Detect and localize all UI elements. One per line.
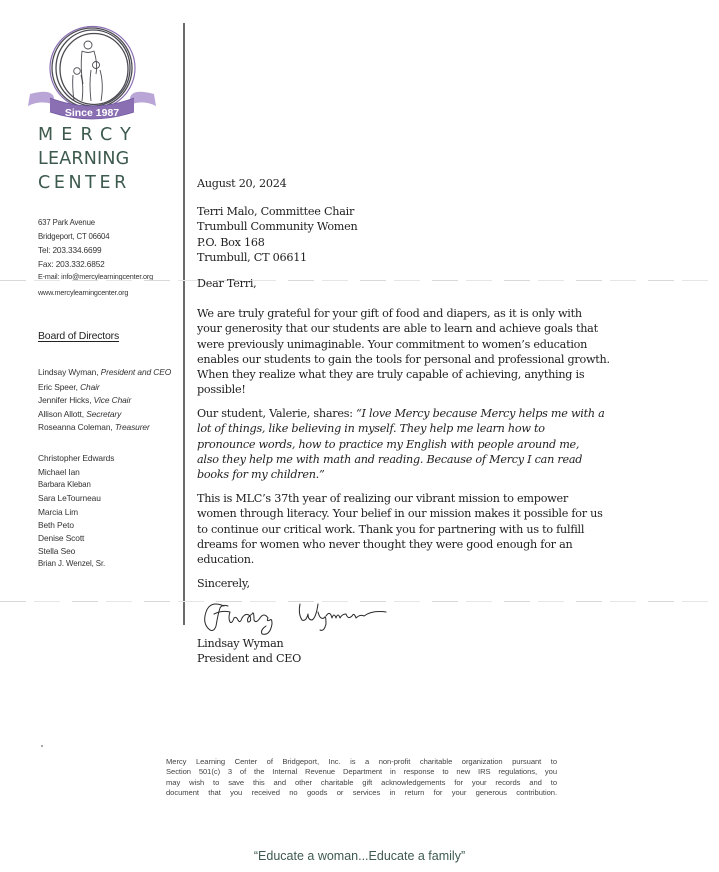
text-line: women through literacy. Your belief in o… xyxy=(197,506,667,521)
recipient-line: P.O. Box 168 xyxy=(197,235,667,250)
recipient-line: Trumbull Community Women xyxy=(197,219,667,234)
text-line: were previously unimaginable. Your commi… xyxy=(197,337,667,352)
address-street: 637 Park Avenue xyxy=(38,218,95,227)
text-line: This is MLC’s 37th year of realizing our… xyxy=(197,491,667,506)
org-name-line-3: CENTER xyxy=(38,175,130,193)
text-line: may wish to save this and other charitab… xyxy=(166,778,557,788)
letterhead-divider xyxy=(183,23,185,625)
phone-number: Tel: 203.334.6699 xyxy=(38,245,101,255)
salutation: Dear Terri, xyxy=(197,277,256,290)
text-line: Mercy Learning Center of Bridgeport, Inc… xyxy=(166,757,557,767)
mercy-learning-center-logo-icon: Since 1987 xyxy=(22,24,172,124)
address-city: Bridgeport, CT 06604 xyxy=(38,232,109,241)
board-member: Brian J. Wenzel, Sr. xyxy=(38,559,105,568)
board-member: Beth Peto xyxy=(38,520,74,530)
text-line: to continue our critical work. Thank you… xyxy=(197,522,667,537)
text-line: Our student, Valerie, shares: “I love Me… xyxy=(197,406,667,421)
recipient-line: Terri Malo, Committee Chair xyxy=(197,204,667,219)
board-officer: Lindsay Wyman, President and CEO xyxy=(38,367,171,377)
signer-title: President and CEO xyxy=(197,652,301,665)
board-officer: Jennifer Hicks, Vice Chair xyxy=(38,395,131,405)
text-line: also they help me with math and reading.… xyxy=(197,452,667,467)
board-member: Denise Scott xyxy=(38,533,84,543)
text-line: pronounce words, how to practice my Engl… xyxy=(197,437,667,452)
text-line: education. xyxy=(197,552,667,567)
org-name-line-2: LEARNING xyxy=(38,151,129,169)
text-line: We are truly grateful for your gift of f… xyxy=(197,306,667,321)
text-line: dreams for women who never thought they … xyxy=(197,537,667,552)
org-name-line-1: MERCY xyxy=(38,127,139,145)
text-line: books for my children.” xyxy=(197,467,667,482)
board-member: Marcia Lim xyxy=(38,507,78,517)
text-line: When they realize what they are truly ca… xyxy=(197,367,667,382)
text-line: Section 501(c) 3 of the Internal Revenue… xyxy=(166,767,557,777)
fax-number: Fax: 203.332.6852 xyxy=(38,259,105,269)
board-member: Sara LeTourneau xyxy=(38,493,101,503)
paragraph-student-quote: Our student, Valerie, shares: “I love Me… xyxy=(197,406,667,482)
board-member: Michael Ian xyxy=(38,467,80,477)
tax-deduction-note: Mercy Learning Center of Bridgeport, Inc… xyxy=(166,757,557,799)
letter-date: August 20, 2024 xyxy=(197,177,287,190)
paragraph-gratitude: We are truly grateful for your gift of f… xyxy=(197,306,667,398)
recipient-address: Terri Malo, Committee Chair Trumbull Com… xyxy=(197,204,667,265)
closing: Sincerely, xyxy=(197,577,250,590)
text-line: enables our students to gain the tools f… xyxy=(197,352,667,367)
text-line: lot of things, like believing in myself.… xyxy=(197,421,667,436)
tagline: “Educate a woman...Educate a family” xyxy=(0,849,719,863)
board-heading: Board of Directors xyxy=(38,330,119,342)
website-link[interactable]: www.mercylearningcenter.org xyxy=(38,288,128,297)
recipient-line: Trumbull, CT 06611 xyxy=(197,250,667,265)
text-line: document that you received no goods or s… xyxy=(166,788,557,798)
paragraph-mission: This is MLC’s 37th year of realizing our… xyxy=(197,491,667,567)
signer-name: Lindsay Wyman xyxy=(197,637,283,650)
board-member: Stella Seo xyxy=(38,546,75,556)
board-officer: Allison Allott, Secretary xyxy=(38,409,121,419)
signature-icon xyxy=(200,596,390,638)
scan-artifact-line xyxy=(0,280,719,281)
text-line: possible! xyxy=(197,382,667,397)
board-officer: Roseanna Coleman, Treasurer xyxy=(38,422,150,432)
text-line: your generosity that our students are ab… xyxy=(197,321,667,336)
scan-speck xyxy=(41,745,43,747)
board-member: Barbara Kleban xyxy=(38,480,91,489)
svg-text:Since 1987: Since 1987 xyxy=(65,107,119,119)
board-member: Christopher Edwards xyxy=(38,453,114,463)
board-officer: Eric Speer, Chair xyxy=(38,382,100,392)
